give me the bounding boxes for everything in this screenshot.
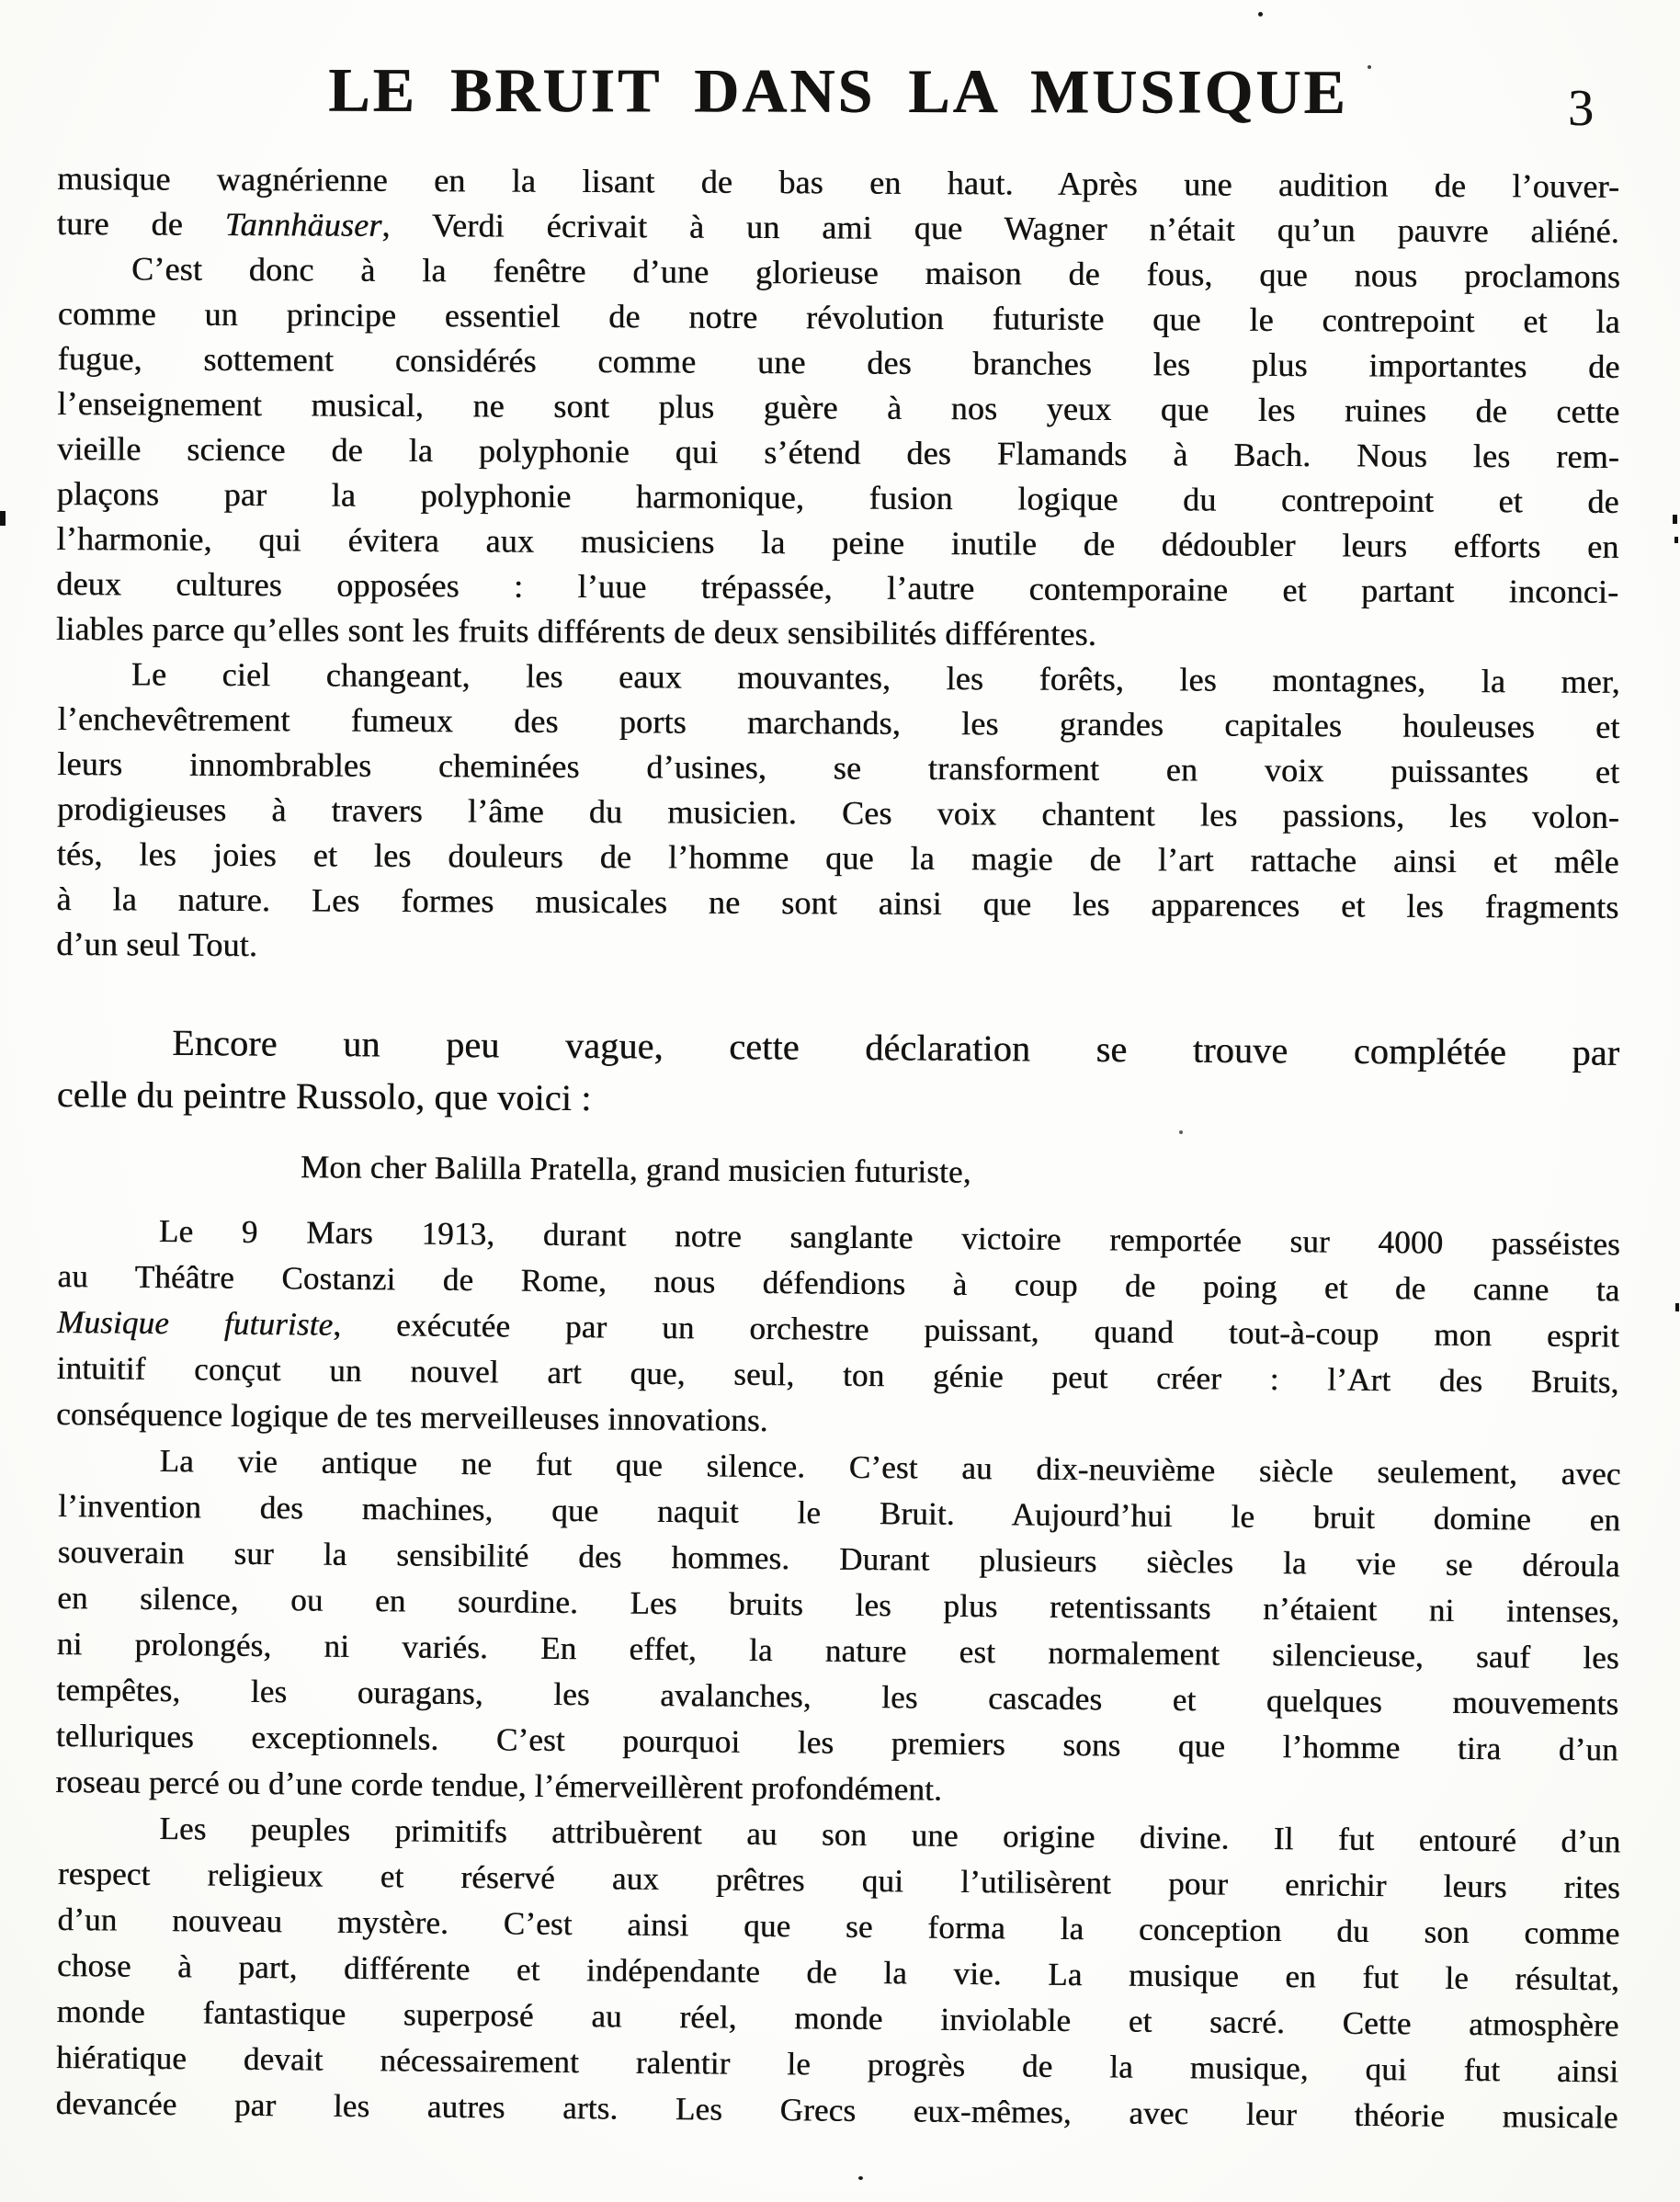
text-run: intuitif conçut un nouvel art que, seul,… bbox=[56, 1350, 1618, 1400]
italic-text-run: Tannhäuser bbox=[225, 206, 382, 244]
text-run: tempêtes, les ouragans, les avalanches, … bbox=[56, 1672, 1618, 1721]
text-run: l’enseignement musical, ne sont plus guè… bbox=[57, 385, 1619, 430]
paragraph-salutation: Mon cher Balilla Pratella, grand musicie… bbox=[57, 1142, 1619, 1200]
text-run: chose à part, différente et indépendante… bbox=[57, 1947, 1619, 1997]
text-run: vieille science de la polyphonie qui s’é… bbox=[57, 430, 1619, 475]
text-run: ture de bbox=[57, 205, 225, 243]
text-run: d’un seul Tout. bbox=[56, 925, 257, 963]
text-run: d’un nouveau mystère. C’est ainsi que se… bbox=[57, 1901, 1619, 1951]
text-run: fugue, sottement considérés comme une de… bbox=[57, 340, 1619, 385]
scan-speck bbox=[1368, 65, 1371, 69]
text-run: en silence, ou en sourdine. Les bruits l… bbox=[57, 1580, 1619, 1629]
text-run: au Théâtre Costanzi de Rome, nous défend… bbox=[57, 1258, 1619, 1308]
scanned-book-page: LE BRUIT DANS LA MUSIQUE 3 musique wagné… bbox=[0, 0, 1680, 2202]
text-run: Encore un peu vague, cette déclaration s… bbox=[172, 1022, 1619, 1073]
text-run: musique wagnérienne en la lisant de bas … bbox=[57, 160, 1619, 205]
italic-text-run: Musique futuriste bbox=[57, 1304, 334, 1343]
text-run: l’enchevêtrement fumeux des ports marcha… bbox=[57, 700, 1619, 745]
text-run: Mon cher Balilla Pratella, grand musicie… bbox=[301, 1149, 971, 1190]
scan-speck bbox=[1674, 537, 1678, 543]
text-line: l’enseignement musical, ne sont plus guè… bbox=[57, 381, 1619, 435]
text-run: Le ciel changeant, les eaux mouvantes, l… bbox=[131, 655, 1620, 699]
text-run: , exécutée par un orchestre puissant, qu… bbox=[333, 1307, 1619, 1355]
paragraph-letter: La vie antique ne fut que silence. C’est… bbox=[55, 1437, 1621, 1819]
text-line: Mon cher Balilla Pratella, grand musicie… bbox=[57, 1142, 1619, 1200]
text-line: vieille science de la polyphonie qui s’é… bbox=[57, 426, 1619, 480]
text-run: roseau percé ou d’une corde tendue, l’ém… bbox=[55, 1764, 942, 1808]
text-run: telluriques exceptionnels. C’est pourquo… bbox=[56, 1718, 1618, 1767]
scan-speck bbox=[0, 511, 6, 526]
text-line: Le ciel changeant, les eaux mouvantes, l… bbox=[58, 652, 1620, 705]
text-line: fugue, sottement considérés comme une de… bbox=[57, 336, 1619, 390]
text-run: l’harmonie, qui évitera aux musiciens la… bbox=[56, 520, 1618, 565]
text-line: celle du peintre Russolo, que voici : bbox=[57, 1068, 1619, 1131]
text-run: l’invention des machines, que naquit le … bbox=[58, 1488, 1620, 1538]
scan-speck bbox=[1673, 515, 1677, 524]
text-run: tés, les joies et les douleurs de l’homm… bbox=[57, 835, 1619, 880]
text-run: Les peuples primitifs attribuèrent au so… bbox=[159, 1810, 1620, 1859]
page-header: LE BRUIT DANS LA MUSIQUE 3 bbox=[57, 53, 1619, 136]
scan-speck bbox=[1258, 12, 1263, 17]
text-line: prodigieuses à travers l’âme du musicien… bbox=[57, 787, 1619, 840]
text-line: leurs innombrables cheminées d’usines, s… bbox=[57, 742, 1619, 795]
text-line: ture de Tannhäuser, Verdi écrivait à un … bbox=[57, 201, 1619, 255]
text-line: comme un principe essentiel de notre rév… bbox=[58, 291, 1620, 345]
paragraph-letter: Les peuples primitifs attribuèrent au so… bbox=[55, 1805, 1620, 2140]
text-run: souverain sur la sensibilité des hommes.… bbox=[58, 1534, 1620, 1583]
paragraph-encore: Encore un peu vague, cette déclaration s… bbox=[57, 1016, 1620, 1131]
page-title: LE BRUIT DANS LA MUSIQUE bbox=[57, 53, 1619, 130]
text-line: tés, les joies et les douleurs de l’homm… bbox=[57, 832, 1619, 885]
scan-speck bbox=[858, 2176, 863, 2180]
text-line: l’harmonie, qui évitera aux musiciens la… bbox=[56, 516, 1618, 570]
text-line: d’un seul Tout. bbox=[56, 922, 1618, 975]
text-body: musique wagnérienne en la lisant de bas … bbox=[57, 156, 1619, 2127]
paragraph-main: Le ciel changeant, les eaux mouvantes, l… bbox=[56, 652, 1620, 975]
text-run: leurs innombrables cheminées d’usines, s… bbox=[57, 745, 1619, 790]
text-run: ni prolongés, ni variés. En effet, la na… bbox=[57, 1626, 1619, 1675]
scan-speck bbox=[1675, 1303, 1679, 1311]
paragraph-main: C’est donc à la fenêtre d’une glorieuse … bbox=[56, 246, 1620, 660]
text-run: comme un principe essentiel de notre rév… bbox=[58, 295, 1620, 340]
text-run: Le 9 Mars 1913, durant notre sanglante v… bbox=[159, 1213, 1620, 1262]
text-run: hiératique devait nécessairement ralenti… bbox=[56, 2039, 1618, 2089]
paragraph-main: musique wagnérienne en la lisant de bas … bbox=[57, 156, 1619, 255]
text-line: l’enchevêtrement fumeux des ports marcha… bbox=[57, 697, 1619, 750]
text-line: deux cultures opposées : l’uue trépassée… bbox=[56, 562, 1618, 615]
text-run: , Verdi écrivait à un ami que Wagner n’é… bbox=[381, 207, 1619, 250]
text-run: monde fantastique superposé au réel, mon… bbox=[56, 1993, 1618, 2043]
text-run: C’est donc à la fenêtre d’une glorieuse … bbox=[131, 250, 1620, 294]
text-run: prodigieuses à travers l’âme du musicien… bbox=[57, 790, 1619, 835]
page-number: 3 bbox=[1568, 79, 1594, 138]
text-run: La vie antique ne fut que silence. C’est… bbox=[159, 1443, 1620, 1492]
text-run: deux cultures opposées : l’uue trépassée… bbox=[56, 565, 1618, 610]
text-line: liables parce qu’elles sont les fruits d… bbox=[56, 607, 1618, 660]
text-run: à la nature. Les formes musicales ne son… bbox=[56, 880, 1618, 925]
paragraph-letter: Le 9 Mars 1913, durant notre sanglante v… bbox=[56, 1208, 1620, 1451]
text-line: plaçons par la polyphonie harmonique, fu… bbox=[57, 471, 1619, 525]
text-run: conséquence logique de tes merveilleuses… bbox=[56, 1396, 768, 1438]
text-run: devancée par les autres arts. Les Grecs … bbox=[55, 2085, 1618, 2135]
text-run: liables parce qu’elles sont les fruits d… bbox=[56, 610, 1096, 653]
text-run: plaçons par la polyphonie harmonique, fu… bbox=[57, 475, 1619, 520]
text-line: musique wagnérienne en la lisant de bas … bbox=[57, 156, 1619, 210]
text-line: C’est donc à la fenêtre d’une glorieuse … bbox=[58, 246, 1620, 300]
scan-speck bbox=[1179, 1130, 1183, 1134]
text-run: celle du peintre Russolo, que voici : bbox=[57, 1073, 592, 1118]
text-run: respect religieux et réservé aux prêtres… bbox=[58, 1856, 1620, 1905]
text-line: à la nature. Les formes musicales ne son… bbox=[56, 877, 1618, 930]
